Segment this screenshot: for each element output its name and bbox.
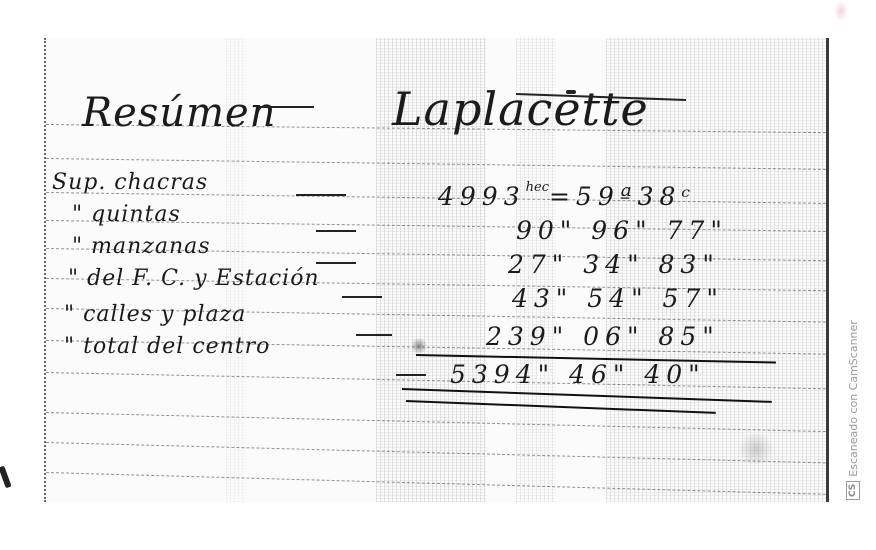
row-label-fc-estacion: " del F. C. y Estación <box>68 266 320 291</box>
title-laplacette: Laplacette <box>392 82 649 136</box>
total-underline-1 <box>402 388 772 403</box>
scan-smudge <box>736 434 776 464</box>
total-underline-2 <box>406 400 716 414</box>
title-resumen: Resúmen <box>82 90 276 136</box>
row-label-chacras: Sup. chacras <box>52 170 208 195</box>
row-label-manzanas: " manzanas <box>72 234 211 259</box>
ruled-line <box>46 158 826 170</box>
row-value-total: 5394" 46" 40" <box>450 360 706 389</box>
title-dash <box>258 106 314 108</box>
camscanner-logo-icon: CS <box>846 481 860 500</box>
row-label-quintas: " quintas <box>72 202 181 227</box>
ink-blot <box>410 338 428 354</box>
ruled-line <box>46 442 826 463</box>
row-label-total: " total del centro <box>64 334 270 359</box>
leader-line <box>356 334 392 336</box>
camscanner-watermark: CS Escaneado con CamScanner <box>846 320 860 500</box>
leader-line <box>296 194 346 196</box>
title-mark <box>566 90 576 94</box>
unit-hec: hec <box>526 180 549 195</box>
leader-line <box>342 296 382 298</box>
leader-line <box>316 262 356 264</box>
value-ares-centiares: =59ª38ᶜ <box>549 182 696 211</box>
scan-mark <box>0 466 12 489</box>
leader-line <box>396 374 426 376</box>
ruled-line <box>46 472 826 495</box>
value-hectares: 4993 <box>438 182 526 211</box>
row-value-calles-plaza: 239" 06" 85" <box>486 322 720 351</box>
row-value-fc-estacion: 43" 54" 57" <box>512 284 724 313</box>
ruled-line <box>46 372 826 389</box>
row-value-chacras: 4993hec=59ª38ᶜ <box>438 180 696 211</box>
row-label-calles-plaza: " calles y plaza <box>64 302 246 327</box>
leader-line <box>316 230 356 232</box>
ruled-line <box>46 412 826 432</box>
row-value-manzanas: 27" 34" 83" <box>508 250 720 279</box>
scanned-page: Resúmen Laplacette Sup. chacras 4993hec=… <box>44 38 829 502</box>
watermark-text: Escaneado con CamScanner <box>847 320 860 477</box>
row-value-quintas: 90" 96" 77" <box>516 216 728 245</box>
scan-smudge <box>834 0 848 22</box>
